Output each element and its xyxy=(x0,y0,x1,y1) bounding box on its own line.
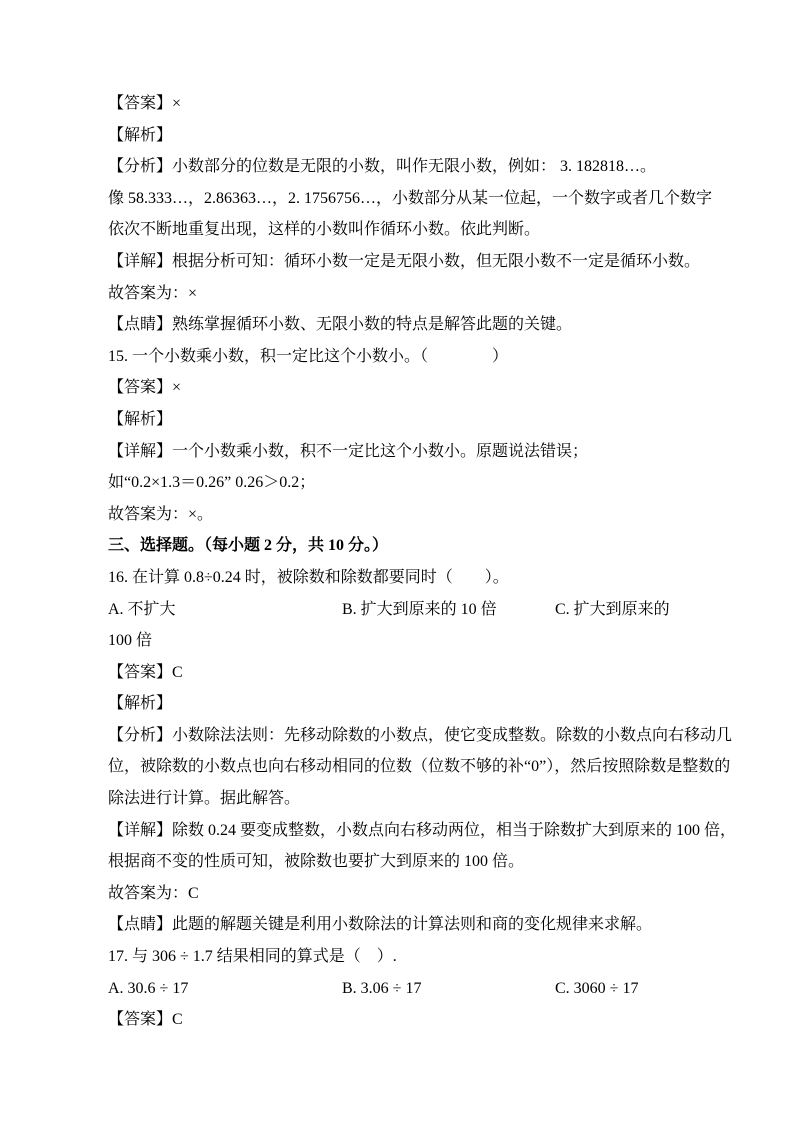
text-line: 【解析】 xyxy=(108,688,716,720)
text-line: 故答案为：×。 xyxy=(108,499,716,531)
text-line: 依次不断地重复出现，这样的小数叫作循环小数。依此判断。 xyxy=(108,214,716,246)
text-line: 故答案为：× xyxy=(108,278,716,310)
text-line: 故答案为：C xyxy=(108,878,716,910)
options-line: A. 不扩大B. 扩大到原来的 10 倍C. 扩大到原来的 xyxy=(108,594,716,626)
text-line: 如“0.2×1.3＝0.26” 0.26＞0.2； xyxy=(108,467,716,499)
text-line: 除法进行计算。据此解答。 xyxy=(108,783,716,815)
text-line: 【详解】根据分析可知：循环小数一定是无限小数，但无限小数不一定是循环小数。 xyxy=(108,246,716,278)
text-line: 100 倍 xyxy=(108,625,716,657)
option-c: C. 3060 ÷ 17 xyxy=(555,973,638,1005)
text-line: 【分析】小数部分的位数是无限的小数，叫作无限小数，例如： 3. 182818…。 xyxy=(108,151,716,183)
text-line: 【答案】C xyxy=(108,657,716,689)
text-line: 【点睛】熟练掌握循环小数、无限小数的特点是解答此题的关键。 xyxy=(108,309,716,341)
text-line: 【分析】小数除法法则：先移动除数的小数点，使它变成整数。除数的小数点向右移动几 xyxy=(108,720,716,752)
document-body: 【答案】×【解析】【分析】小数部分的位数是无限的小数，叫作无限小数，例如： 3.… xyxy=(108,88,716,1036)
section-heading: 三、选择题。（每小题 2 分，共 10 分。） xyxy=(108,530,716,562)
text-line: 17. 与 306 ÷ 1.7 结果相同的算式是（ ）. xyxy=(108,941,716,973)
text-line: 【答案】× xyxy=(108,372,716,404)
option-b: B. 扩大到原来的 10 倍 xyxy=(342,594,497,626)
text-line: 15. 一个小数乘小数，积一定比这个小数小。（ ） xyxy=(108,341,716,373)
option-b: B. 3.06 ÷ 17 xyxy=(342,973,421,1005)
text-line: 【详解】除数 0.24 要变成整数，小数点向右移动两位，相当于除数扩大到原来的 … xyxy=(108,815,716,847)
text-line: 【答案】C xyxy=(108,1004,716,1036)
option-a: A. 不扩大 xyxy=(108,594,176,626)
text-line: 位，被除数的小数点也向右移动相同的位数（位数不够的补“0”），然后按照除数是整数… xyxy=(108,751,716,783)
text-line: 【答案】× xyxy=(108,88,716,120)
text-line: 16. 在计算 0.8÷0.24 时，被除数和除数都要同时（ ）。 xyxy=(108,562,716,594)
text-line: 像 58.333…，2.86363…，2. 1756756…，小数部分从某一位起… xyxy=(108,183,716,215)
option-c: C. 扩大到原来的 xyxy=(555,594,670,626)
text-line: 【详解】一个小数乘小数，积不一定比这个小数小。原题说法错误； xyxy=(108,436,716,468)
options-line: A. 30.6 ÷ 17B. 3.06 ÷ 17C. 3060 ÷ 17 xyxy=(108,973,716,1005)
text-line: 根据商不变的性质可知，被除数也要扩大到原来的 100 倍。 xyxy=(108,846,716,878)
text-line: 【解析】 xyxy=(108,120,716,152)
option-a: A. 30.6 ÷ 17 xyxy=(108,973,188,1005)
text-line: 【点睛】此题的解题关键是利用小数除法的计算法则和商的变化规律来求解。 xyxy=(108,909,716,941)
text-line: 【解析】 xyxy=(108,404,716,436)
document-page: 【答案】×【解析】【分析】小数部分的位数是无限的小数，叫作无限小数，例如： 3.… xyxy=(0,0,794,1123)
